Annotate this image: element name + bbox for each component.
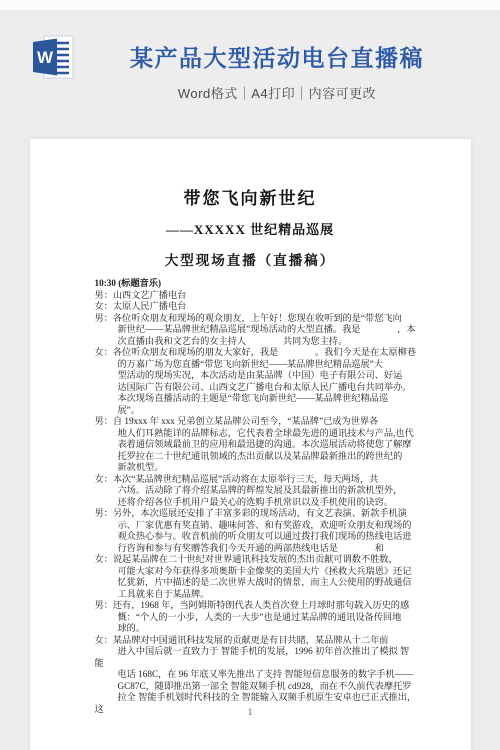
doc-text-line: 拉全 智能手机划时代科技的全 智能输入双频手机原生安卓也已正式推出， [95,692,431,704]
header: W 某产品大型活动电台直播稿 Word格式｜A4打印｜内容可更改 [0,10,500,102]
doc-text-line: 男：还有，1968 年，当阿姆斯特朗代表人类首次登上月球时那句载入历史的感 [95,600,431,612]
top-strip [0,0,500,10]
doc-text-line: 男：另外，本次巡展还安排了丰富多彩的现场活动，有文艺表演、新款手机演 [95,508,431,520]
doc-text-line: 展”。 [95,405,431,417]
doc-text-line: 观众热心参与。收音机前的听众朋友可以通过拨打我们现场的热线电话进 [95,531,431,543]
word-icon-letter: W [37,48,54,67]
doc-text-line: 示、厂家优惠有奖直销、趣味问答、和有奖游戏，欢迎听众朋友和现场的 [95,520,431,532]
template-title: 某产品大型活动电台直播稿 [76,40,478,73]
page-number: 1 [30,707,471,717]
doc-text-line: 本次现场直播活动的主题是“带您飞向新世纪——某品牌世纪精品巡 [95,393,431,405]
doc-title-line: 带您飞向新世纪 [30,184,471,209]
doc-text-line: 新款机型。 [95,462,431,474]
doc-text-line: GC87C，随即推出第一部全 智能双频手机 cd928，而在不久前代表摩托罗 [95,681,431,693]
doc-text-line: 型活动的现场实况，本次活动是由某品牌（中国）电子有限公司、好运 [95,370,431,382]
doc-text-line: 的万嘉广场为您直播“带您飞向新世纪——某品牌世纪精品巡展”大 [95,359,431,371]
doc-text-line: 忆犹新，片中描述的是二次世界大战时的情景，而主人公使用的野战通信 [95,577,431,589]
doc-text-line: 能 [95,658,431,670]
doc-text-line: 托罗拉在二十世纪通讯领域的杰出贡献以及某品牌最新推出的跨世纪的 [95,451,431,463]
doc-text-line: 男：自 19xxx 年 xxx 兄弟创立某品牌公司至今，“某品牌”已成为世界各 [95,416,431,428]
doc-text-line: 电话 168C，在 96 年底又率先推出了支持 智能短信息服务的数字手机—— [95,669,431,681]
word-file-icon: W [30,33,76,81]
doc-text-line: 女：某品牌对中国通讯科技发展的贡献更是有目共睹，某品牌从十二年前 [95,635,431,647]
header-text-block: 某产品大型活动电台直播稿 Word格式｜A4打印｜内容可更改 [76,33,478,102]
doc-text-line: 达国际广告有限公司、山西文艺广播电台和太原人民广播电台共同举办。 [95,382,431,394]
doc-text-line: 行咨询和参与有奖赠答我们今天开通的两部热线电话是 和 [95,543,431,555]
doc-text-line: 女：各位听众朋友和现场的朋友大家好，我是 。我们今天是在太原柳巷 [95,347,431,359]
doc-text-line: 10:30 (标题音乐) [95,278,431,290]
doc-text-line: 男：各位听众朋友和现场的观众朋友，上午好！您现在收听到的是“带您飞向 [95,313,431,325]
doc-text-line: 女：说起某品牌在二十世纪对世界通讯科技发展的杰出贡献可谓数不胜数， [95,554,431,566]
doc-text-line: 工具就来自于某品牌。 [95,589,431,601]
doc-title-line: 大型现场直播（直播稿） [30,249,471,269]
doc-title-block: 带您飞向新世纪——XXXXX 世纪精品巡展大型现场直播（直播稿） [30,139,471,269]
doc-text-line: 还将介绍各位手机用户最关心的选购手机常识以及手机使用的诀窍。 [95,497,431,509]
doc-text-line: 新世纪——某品牌世纪精品巡展”现场活动的大型直播。我是 ，本 [95,324,431,336]
document-preview-page: 带您飞向新世纪——XXXXX 世纪精品巡展大型现场直播（直播稿） 10:30 (… [30,139,471,750]
doc-text-line: 进入中国后就一直致力于 智能手机的发展，1996 初年首次推出了模拟 智 [95,646,431,658]
doc-text-line: 女：太原人民广播电台 [95,301,431,313]
doc-body: 10:30 (标题音乐)男：山西文艺广播电台女：太原人民广播电台男：各位听众朋友… [30,278,471,715]
doc-text-line: 次直播由我和文艺台的女主持人 共同为您主持。 [95,336,431,348]
doc-text-line: 六场。活动除了将介绍某品牌的辉煌发展及其最新推出的新款机型外， [95,485,431,497]
doc-text-line: 球的。 [95,623,431,635]
doc-text-line: 可能大家对今年获得多项奥斯卡金像奖的美国大片《拯救大兵瑞恩》还记 [95,566,431,578]
doc-text-line: 男：山西文艺广播电台 [95,290,431,302]
doc-text-line: 女：本次“某品牌世纪精品巡展”活动将在太原举行三天，每天两场，共 [95,474,431,486]
doc-text-line: 地人们耳熟能详的品牌标志，它代表着全球最先进的通讯技术与产品,也代 [95,428,431,440]
doc-title-line: ——XXXXX 世纪精品巡展 [30,219,471,238]
doc-text-line: 表着通信领域最前卫的应用和最迅捷的沟通。本次巡展活动将使您了解摩 [95,439,431,451]
template-subtitle: Word格式｜A4打印｜内容可更改 [76,83,478,102]
doc-text-line: 慨：“个人的一小步，人类的一大步”也是通过某品牌的通讯设备传回地 [95,612,431,624]
